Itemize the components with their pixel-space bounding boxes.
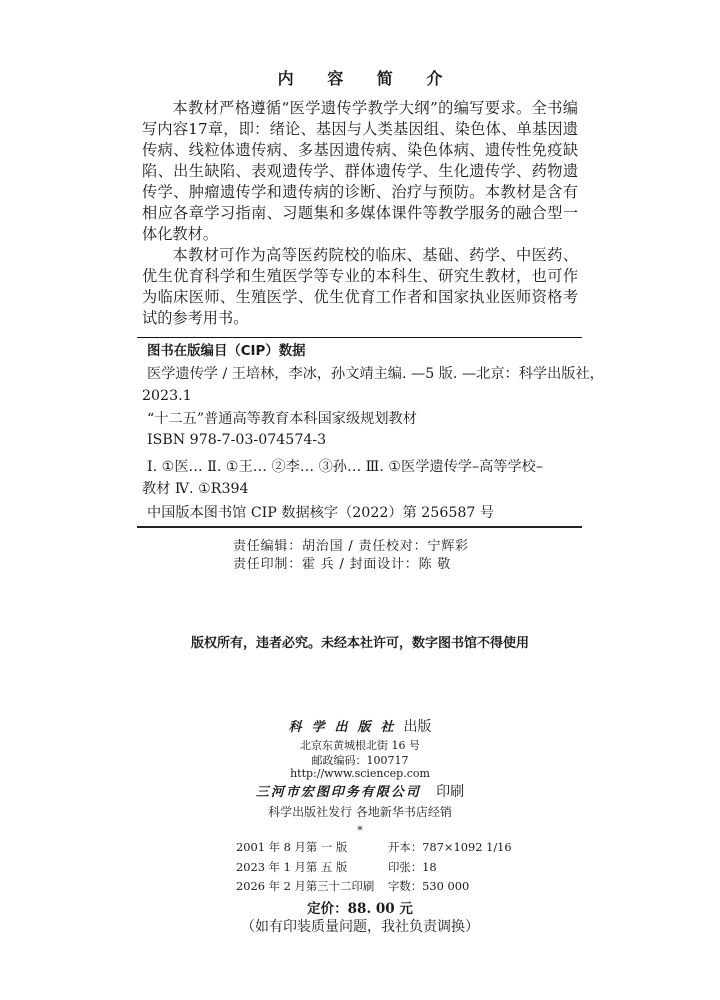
edition-detail: 开本：787×1092 1/16 [388, 840, 512, 854]
price: 定价：88. 00 元 [0, 897, 720, 917]
cip-heading: 图书在版编目（CIP）数据 [147, 343, 306, 361]
distribution-line: 科学出版社发行 各地新华书店经销 [0, 803, 720, 820]
publisher-name: 科学出版社 [288, 720, 403, 735]
publisher-postcode: 邮政编码：100717 [0, 752, 720, 768]
cip-classification: Ⅰ. ①医… Ⅱ. ①王… ②李… ③孙… Ⅲ. ①医学遗传学–高等学校– [147, 458, 543, 476]
staff-editors: 责任编辑：胡治国 / 责任校对：宁辉彩 [233, 538, 469, 555]
imprint-row: 2023 年 1 月第 五 版印张：18 [236, 858, 437, 877]
publisher-line: 科学出版社出版 [0, 716, 720, 736]
cip-data-block: 图书在版编目（CIP）数据 医学遗传学 / 王培林，李冰，孙文靖主编. —5 版… [137, 337, 582, 528]
separator-asterisk: * [0, 824, 720, 837]
return-note: （如有印装质量问题，我社负责调换） [0, 916, 720, 936]
cip-entry: 医学遗传学 / 王培林，李冰，孙文靖主编. —5 版. —北京：科学出版社， [147, 365, 604, 383]
summary-paragraph: 本教材可作为高等医药院校的临床、基础、药学、中医药、优生优育科学和生殖医学等专业… [142, 245, 578, 329]
cip-isbn: ISBN 978-7-03-074574-3 [147, 431, 326, 449]
cip-classification-continued: 教材 Ⅳ. ①R394 [142, 480, 249, 498]
edition-date: 2023 年 1 月第 五 版 [236, 858, 388, 877]
edition-detail: 印张：18 [388, 860, 437, 874]
imprint-row: 2026 年 2 月第三十二印刷字数：530 000 [236, 877, 469, 896]
imprint-row: 2001 年 8 月第 一 版开本：787×1092 1/16 [236, 838, 512, 857]
summary-paragraph: 本教材严格遵循“医学遗传学教学大纲”的编写要求。全书编写内容17章，即：绪论、基… [142, 98, 578, 245]
copyright-notice: 版权所有，违者必究。未经本社许可，数字图书馆不得使用 [0, 632, 720, 651]
printer-name: 三河市宏图印务有限公司 [256, 785, 421, 800]
cip-entry-continued: 2023.1 [142, 387, 192, 405]
cip-series: “十二五”普通高等教育本科国家级规划教材 [147, 410, 417, 428]
content-summary: 本教材严格遵循“医学遗传学教学大纲”的编写要求。全书编写内容17章，即：绪论、基… [142, 98, 578, 329]
publisher-url: http://www.sciencep.com [0, 767, 720, 780]
edition-detail: 字数：530 000 [388, 879, 469, 893]
publisher-address: 北京东黄城根北街 16 号 [0, 737, 720, 753]
page-title: 内 容 简 介 [0, 66, 720, 89]
publisher-suffix: 出版 [404, 719, 432, 735]
edition-date: 2001 年 8 月第 一 版 [236, 838, 388, 857]
edition-date: 2026 年 2 月第三十二印刷 [236, 877, 388, 896]
cip-number: 中国版本图书馆 CIP 数据核字（2022）第 256587 号 [147, 504, 494, 522]
printer-line: 三河市宏图印务有限公司 印刷 [0, 781, 720, 801]
printer-suffix: 印刷 [436, 784, 464, 800]
staff-production: 责任印制：霍 兵 / 封面设计：陈 敬 [233, 556, 451, 573]
